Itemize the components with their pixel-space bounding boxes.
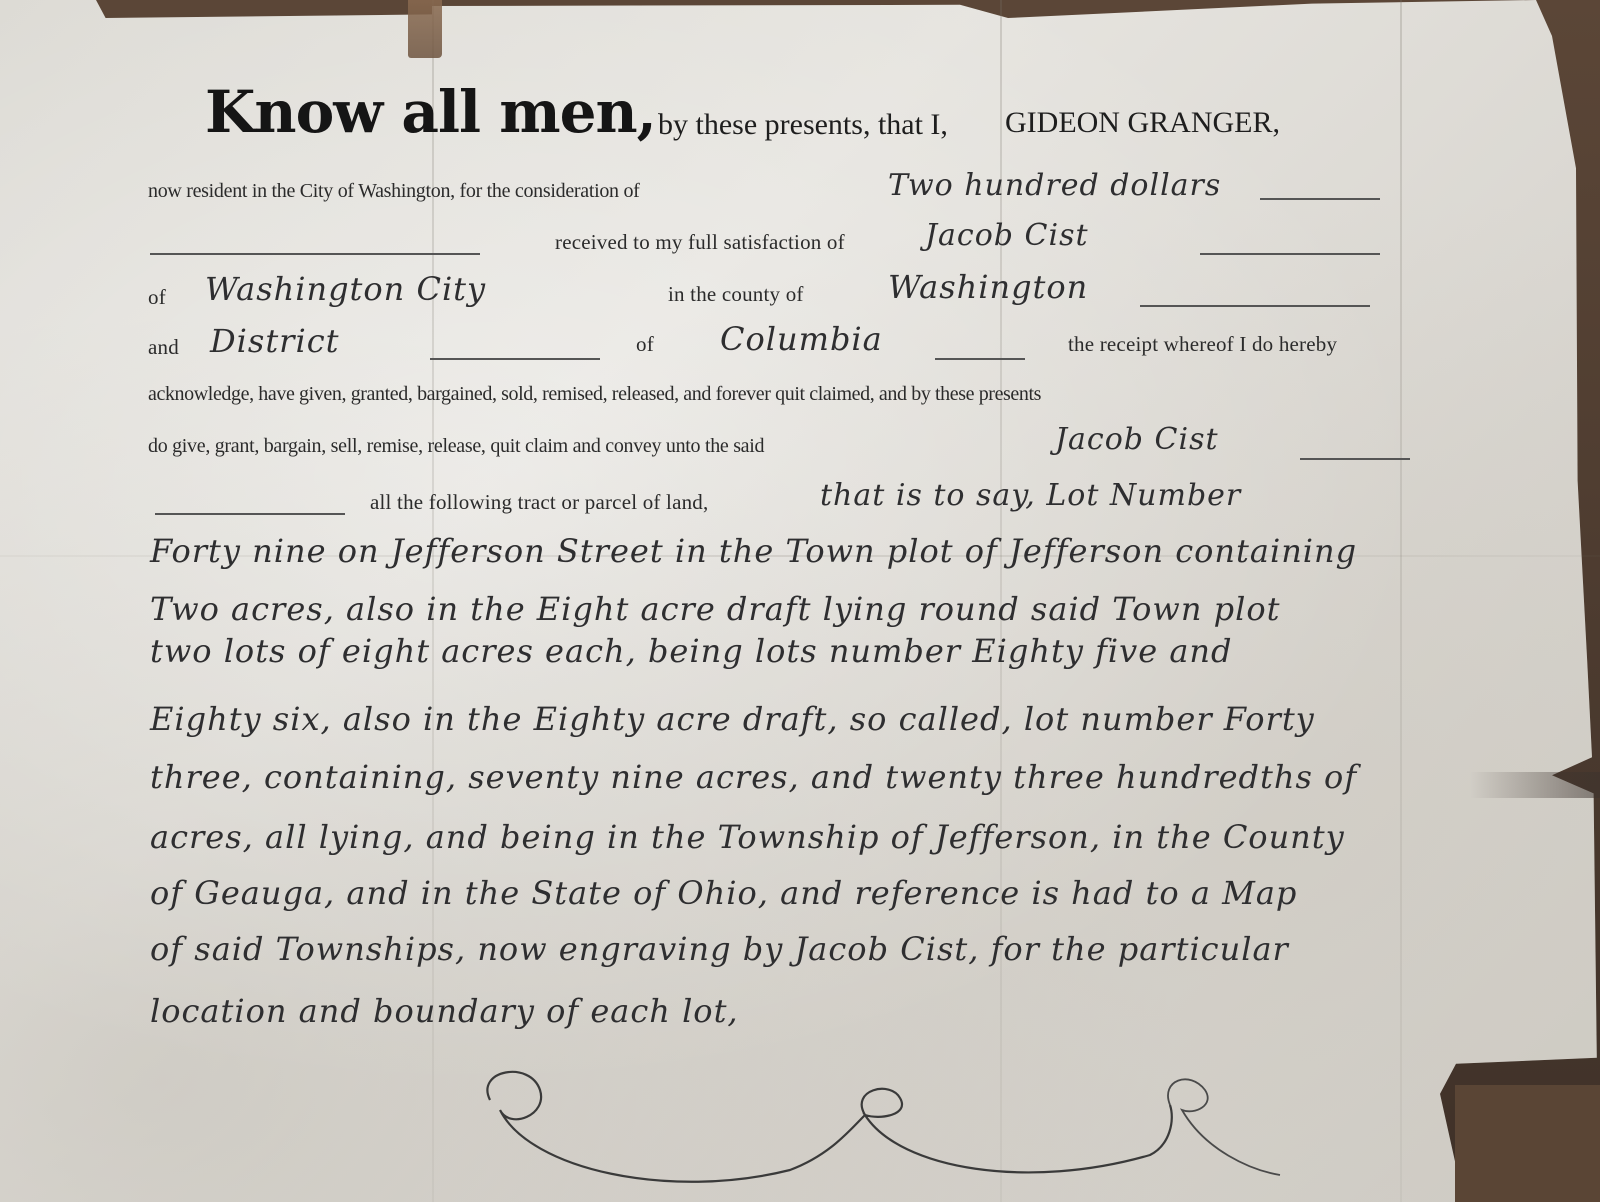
fold-crease	[1400, 0, 1402, 1202]
printed-line-5: acknowledge, have given, granted, bargai…	[148, 383, 1041, 406]
printed-line-1: now resident in the City of Washington, …	[148, 180, 640, 203]
intro-text: by these presents, that I,	[658, 108, 948, 142]
fill-dash	[1200, 245, 1380, 263]
consideration-amount: Two hundred dollars	[888, 168, 1221, 203]
printed-of-2: of	[636, 332, 654, 357]
fill-dash	[1300, 450, 1410, 468]
handwritten-line: two lots of eight acres each, being lots…	[150, 632, 1233, 670]
fill-dash	[150, 245, 480, 263]
grantee-residence: Washington City	[205, 270, 486, 308]
handwritten-line: Two acres, also in the Eight acre draft …	[150, 590, 1280, 628]
fill-dash	[155, 505, 345, 523]
grantee-name: Jacob Cist	[925, 218, 1089, 253]
lot-description-start: that is to say, Lot Number	[820, 478, 1241, 513]
handwritten-line: acres, all lying, and being in the Towns…	[150, 818, 1345, 856]
printed-line-7: all the following tract or parcel of lan…	[370, 490, 708, 515]
county-name: Washington	[888, 268, 1088, 306]
fill-dash	[935, 350, 1025, 368]
handwritten-line: three, containing, seventy nine acres, a…	[150, 758, 1357, 796]
headline: Know all men,	[205, 78, 656, 146]
handwritten-line: of Geauga, and in the State of Ohio, and…	[150, 874, 1297, 912]
fill-dash	[430, 350, 600, 368]
paper-tear	[1470, 772, 1600, 798]
printed-of: of	[148, 285, 166, 310]
handwritten-line: Forty nine on Jefferson Street in the To…	[150, 532, 1357, 570]
printed-line-2: received to my full satisfaction of	[555, 230, 845, 255]
printed-and: and	[148, 335, 179, 360]
district-word: District	[210, 322, 339, 360]
printed-county-label: in the county of	[668, 282, 804, 307]
district-name: Columbia	[720, 320, 883, 358]
headline-row: Know all men,	[205, 78, 656, 146]
printed-line-6: do give, grant, bargain, sell, remise, r…	[148, 435, 764, 458]
tape-remnant	[408, 0, 442, 58]
handwritten-line: Eighty six, also in the Eighty acre draf…	[150, 700, 1315, 738]
printed-line-4: the receipt whereof I do hereby	[1068, 332, 1337, 357]
handwritten-line: location and boundary of each lot,	[150, 992, 739, 1030]
fill-dash	[1140, 297, 1370, 315]
grantor-name: GIDEON GRANGER,	[1005, 106, 1280, 140]
fill-dash	[1260, 190, 1380, 208]
missing-corner-damage	[1455, 1085, 1600, 1202]
grantee-name-2: Jacob Cist	[1055, 422, 1219, 457]
handwritten-line: of said Townships, now engraving by Jaco…	[150, 930, 1289, 968]
decorative-flourish	[470, 1060, 1290, 1190]
